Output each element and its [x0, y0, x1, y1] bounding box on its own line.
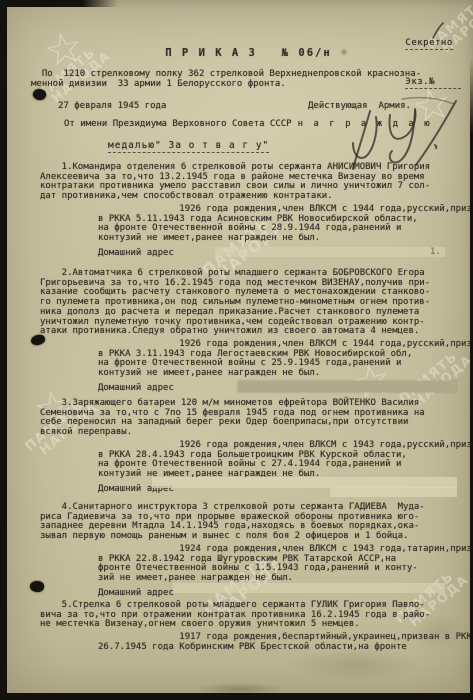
order-date: 27 февраля 1945 года — [58, 102, 166, 112]
item-details: 1926 года рождения,член ВЛКСМ с 1943 год… — [98, 441, 457, 480]
address-label: Домашний адрес — [98, 485, 457, 495]
address-label: Домашний адрес — [98, 249, 457, 259]
preamble-line: От имени Президиума Верховного Совета СС… — [64, 120, 432, 130]
item-citation: 2.Автоматчика 6 стрелковой роты младшего… — [40, 269, 457, 337]
award-verb: н а г р а ж д а ю — [298, 119, 433, 129]
award-item: 3.Заряжающего батареи 120 м/м минометов … — [40, 399, 457, 494]
scan-edge-left — [0, 0, 7, 700]
award-item: 2.Автоматчика 6 стрелковой роты младшего… — [40, 269, 457, 393]
medal-award-line: медалью" За о т в а г у" — [108, 141, 269, 151]
artifact-mark: 1. — [430, 248, 441, 258]
scan-edge-top — [0, 0, 118, 7]
item-citation: 3.Заряжающего батареи 120 м/м минометов … — [40, 399, 457, 438]
item-citation: 1.Командира отделения 6 стрелковой роты … — [40, 163, 457, 202]
item-details: 1924 года рождения,член ВЛКСМ с 1943 год… — [98, 545, 457, 584]
item-citation: 4.Санитарного инструктора 3 стрелковой р… — [40, 503, 457, 542]
scan-edge-bottom — [0, 693, 473, 700]
address-label: Домашний адрес — [98, 589, 457, 599]
item-details: 1926 года рождения,член ВЛКСМ с 1944 год… — [98, 205, 457, 244]
acting-army-label: Действующая Армия. — [308, 102, 411, 112]
item-citation: 5.Стрелка 6 стрелковой роты младшего сер… — [40, 601, 457, 630]
award-item: 5.Стрелка 6 стрелковой роты младшего сер… — [40, 601, 457, 653]
item-details: 1917 года рождения,беспартийный,украинец… — [98, 633, 457, 652]
issuer-paragraph: По 1210 стрелковому полку 362 стрелковой… — [31, 70, 421, 89]
preamble-text: От имени Президиума Верховного Совета СС… — [64, 119, 292, 129]
classification-stamp: Секретно Экз.№ — [405, 11, 461, 115]
order-title: П Р И К А З № 06/н — [40, 49, 457, 59]
address-label: Домашний адрес — [98, 384, 457, 394]
document-scan: ☆ ☆ ☆ ☆ ПАМЯТЬНАРОДА ПАМЯТЬНАРОДА ПАМЯТЬ… — [0, 0, 473, 700]
award-item: 4.Санитарного инструктора 3 стрелковой р… — [40, 503, 457, 598]
award-item: 1.Командира отделения 6 стрелковой роты … — [40, 163, 457, 258]
medal-name: медалью" За о т в а г у" — [108, 140, 269, 153]
item-details: 1926 года рождения,член ВЛКСМ с 1944 год… — [98, 340, 457, 379]
